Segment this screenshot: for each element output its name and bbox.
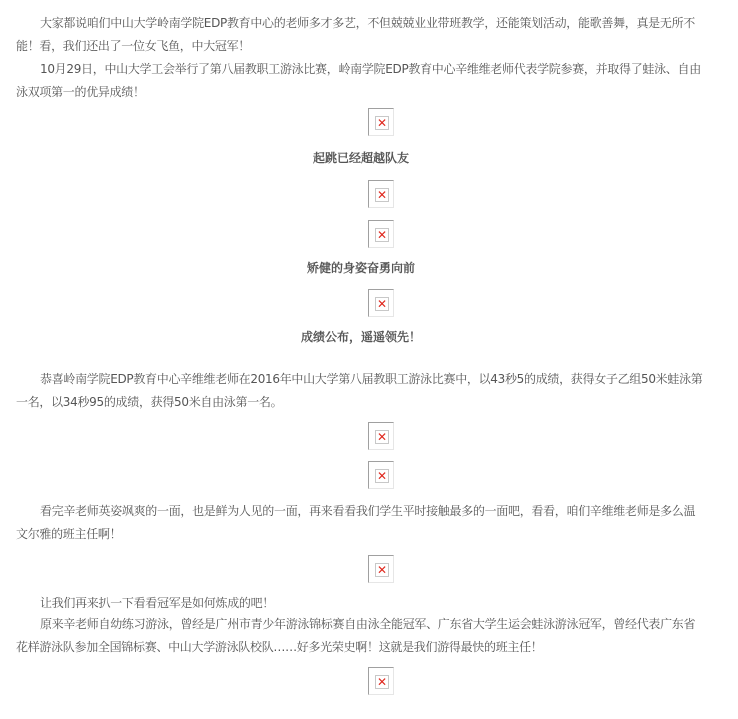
broken-image-8: ✕: [368, 667, 394, 695]
paragraph-history: 原来辛老师自幼练习游泳，曾经是广州市青少年游泳锦标赛自由泳全能冠军、广东省大学生…: [16, 613, 706, 659]
broken-image-1: ✕: [368, 108, 394, 136]
paragraph-congrats: 恭喜岭南学院EDP教育中心辛维维老师在2016年中山大学第八届教职工游泳比赛中，…: [16, 368, 706, 414]
paragraph-dig: 让我们再来扒一下看看冠军是如何炼成的吧！: [16, 592, 706, 615]
broken-image-4: ✕: [368, 289, 394, 317]
broken-image-icon: ✕: [375, 116, 389, 130]
broken-image-icon: ✕: [375, 430, 389, 444]
broken-image-icon: ✕: [375, 563, 389, 577]
paragraph-event: 10月29日，中山大学工会举行了第八届教职工游泳比赛，岭南学院EDP教育中心辛维…: [16, 58, 706, 104]
broken-image-3: ✕: [368, 220, 394, 248]
broken-image-2: ✕: [368, 180, 394, 208]
paragraph-intro: 大家都说咱们中山大学岭南学院EDP教育中心的老师多才多艺，不但兢兢业业带班教学，…: [16, 12, 706, 58]
broken-image-5: ✕: [368, 422, 394, 450]
broken-image-icon: ✕: [375, 228, 389, 242]
broken-image-icon: ✕: [375, 297, 389, 311]
caption-swim: 矫健的身姿奋勇向前: [16, 258, 706, 278]
caption-result: 成绩公布，遥遥领先！: [16, 327, 706, 347]
broken-image-icon: ✕: [375, 675, 389, 689]
caption-jump: 起跳已经超越队友: [16, 148, 706, 168]
broken-image-6: ✕: [368, 461, 394, 489]
paragraph-teacher: 看完辛老师英姿飒爽的一面，也是鲜为人见的一面，再来看看我们学生平时接触最多的一面…: [16, 500, 706, 546]
broken-image-icon: ✕: [375, 188, 389, 202]
broken-image-icon: ✕: [375, 469, 389, 483]
broken-image-7: ✕: [368, 555, 394, 583]
